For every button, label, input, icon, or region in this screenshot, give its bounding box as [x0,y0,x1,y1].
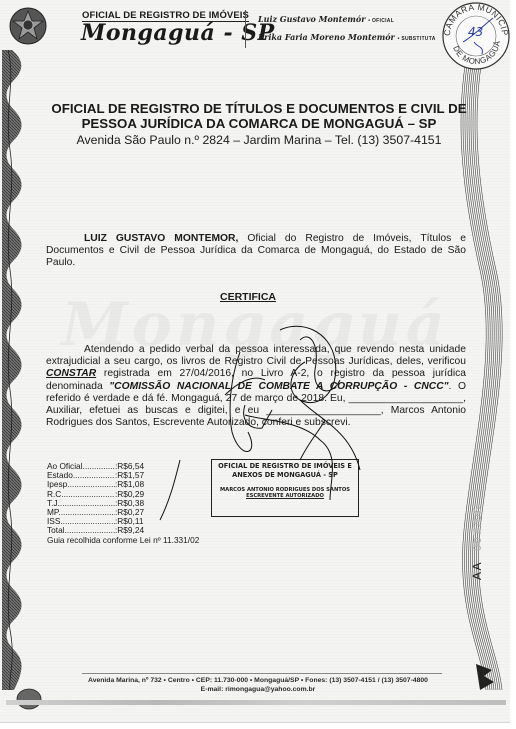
serial-digits: 007795 [472,505,484,551]
stamp-line4: ESCREVENTE AUTORIZADO [212,493,358,499]
intro-paragraph: LUIZ GUSTAVO MONTEMOR, Oficial do Regist… [46,233,466,269]
fees-table: Ao Oficial:R$6,54 Estado:R$1,57 Ipesp:R$… [47,462,199,545]
official-name: Luiz Gustavo Montemór • OFICIAL [258,14,394,24]
footer-band [6,700,506,705]
office-title-line1: OFICIAL DE REGISTRO DE TÍTULOS E DOCUMEN… [50,101,468,116]
certificate-page: OFICIAL DE REGISTRO DE IMÓVEIS Mongaguá … [0,0,510,723]
office-address: Avenida São Paulo n.º 2824 – Jardim Mari… [50,133,468,147]
serial-series: AA [470,561,484,580]
fee-label: Ipesp [47,480,115,489]
substitute-role: SUBSTITUTA [401,36,435,42]
official-role: OFICIAL [372,18,394,24]
fee-label: Estado [47,471,115,480]
official-name-text: Luiz Gustavo Montemór [258,14,365,24]
security-border-left [2,50,36,690]
stamp-line2: ANEXOS DE MONGAGUÁ - SP [212,471,358,480]
entity-name: "COMISSÃO NACIONAL DE COMBATE A CORRUPÇÃ… [109,381,448,392]
footer-email: E-mail: rimongagua@yahoo.com.br [58,685,458,694]
fee-label: R.C [47,490,115,499]
fee-label: T.J [47,499,115,508]
substitute-name: Érika Faria Moreno Montemór • SUBSTITUTA [258,32,436,42]
footer-divider [82,673,442,674]
bird-emblem-icon [474,660,496,694]
coat-of-arms-icon [8,6,48,46]
certificate-body: Atendendo a pedido verbal da pessoa inte… [46,344,466,429]
header-divider [245,10,246,48]
body-part1: Atendendo a pedido verbal da pessoa inte… [46,344,466,367]
certifica-heading: CERTIFICA [220,291,276,303]
bottom-seal-icon [14,688,44,710]
stamp-line1: OFICIAL DE REGISTRO DE IMÓVEIS E [212,462,358,471]
fee-label: ISS [47,517,115,526]
substitute-name-text: Érika Faria Moreno Montemór [258,32,395,42]
fee-label: MP [47,508,115,517]
office-title: OFICIAL DE REGISTRO DE TÍTULOS E DOCUMEN… [50,101,468,131]
office-stamp: OFICIAL DE REGISTRO DE IMÓVEIS E ANEXOS … [211,459,359,517]
fee-label: Ao Oficial [47,462,115,471]
footer: Avenida Marina, nº 732 • Centro • CEP: 1… [58,676,458,694]
official-full-name: LUIZ GUSTAVO MONTEMOR, [84,233,238,244]
serial-number: AA007795 [470,505,484,580]
fees-note: Guia recolhida conforme Lei nº 11.331/02 [47,536,199,545]
footer-address: Avenida Marina, nº 732 • Centro • CEP: 1… [58,676,458,685]
municipal-stamp: CÂMARA MUNICIPAL DE MONGAGUÁ 43 [438,0,510,72]
body-constar: CONSTAR [46,368,96,379]
office-title-line2: PESSOA JURÍDICA DA COMARCA DE MONGAGUÁ –… [50,116,468,131]
